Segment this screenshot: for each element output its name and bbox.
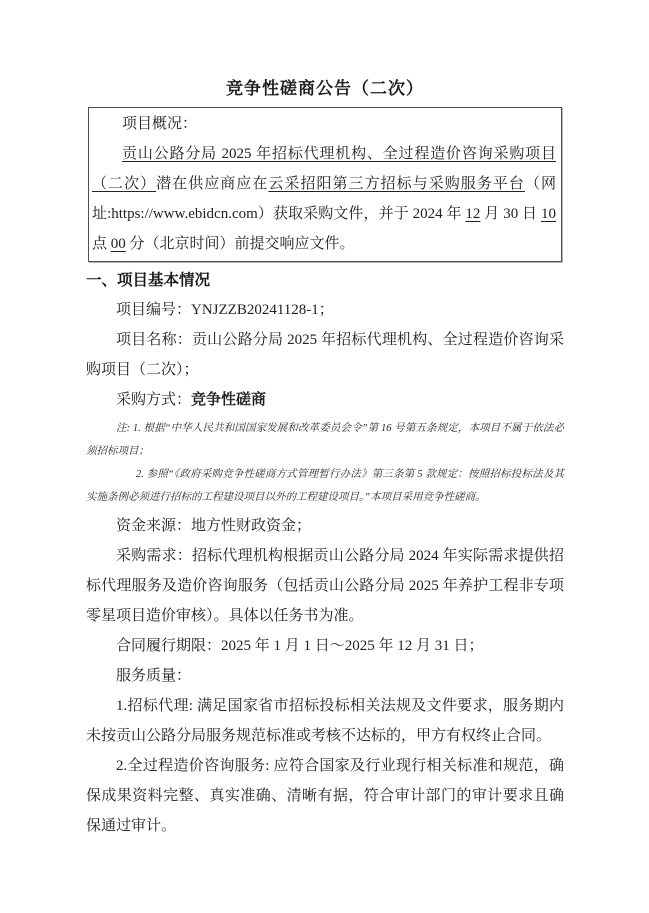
procurement-method-label: 采购方式：	[116, 392, 191, 408]
overview-text-1: 潜在供应商应在	[156, 176, 268, 192]
quality-item-1-paragraph: 1.招标代理: 满足国家省市招标投标相关法规及文件要求，服务期内未按贡山公路分局…	[86, 691, 564, 751]
legal-note-block: 注: 1. 根据“中华人民共和国国家发展和改革委员会令”第 16 号第五条规定，…	[86, 417, 564, 509]
project-overview-box: 项目概况： 贡山公路分局 2025 年招标代理机构、全过程造价咨询采购项目（二次…	[88, 107, 562, 262]
overview-paragraph: 贡山公路分局 2025 年招标代理机构、全过程造价咨询采购项目（二次）潜在供应商…	[92, 139, 556, 259]
project-name-paragraph: 项目名称：贡山公路分局 2025 年招标代理机构、全过程造价咨询采购项目（二次）…	[86, 325, 564, 385]
document-title: 竞争性磋商公告（二次）	[86, 78, 564, 100]
overview-hour-underlined: 10	[541, 206, 556, 222]
service-quality-heading-paragraph: 服务质量：	[86, 661, 564, 691]
overview-text-5: 分（北京时间）前提交响应文件。	[126, 236, 355, 252]
procurement-method-value: 竞争性磋商	[191, 392, 266, 408]
quality-item-2-paragraph: 2.全过程造价咨询服务: 应符合国家及行业现行相关标准和规范，确保成果资料完整、…	[86, 751, 564, 841]
document-page: 竞争性磋商公告（二次） 项目概况： 贡山公路分局 2025 年招标代理机构、全过…	[0, 0, 649, 913]
contract-period-paragraph: 合同履行期限：2025 年 1 月 1 日～2025 年 12 月 31 日；	[86, 631, 564, 661]
section1-heading: 一、项目基本情况	[86, 267, 564, 294]
overview-heading: 项目概况：	[92, 109, 556, 139]
overview-month-underlined: 12	[465, 206, 480, 222]
legal-note-line-1: 注: 1. 根据“中华人民共和国国家发展和改革委员会令”第 16 号第五条规定，…	[86, 417, 564, 463]
document-content: 竞争性磋商公告（二次） 项目概况： 贡山公路分局 2025 年招标代理机构、全过…	[86, 78, 564, 841]
overview-text-4: 点	[92, 236, 111, 252]
overview-platform-name-underlined: 云采招阳第三方招标与采购服务平台	[268, 176, 525, 192]
procurement-method-paragraph: 采购方式：竞争性磋商	[86, 385, 564, 415]
project-number-paragraph: 项目编号：YNJZZB20241128-1；	[86, 295, 564, 325]
funding-source-paragraph: 资金来源：地方性财政资金；	[86, 511, 564, 541]
overview-text-3: 月 30 日	[480, 206, 541, 222]
overview-minute-underlined: 00	[111, 236, 126, 252]
legal-note-line-2: 2. 参照“《政府采购竞争性磋商方式管理暂行办法》第三条第 5 款规定：按照招标…	[86, 463, 564, 509]
procurement-demand-paragraph: 采购需求：招标代理机构根据贡山公路分局 2024 年实际需求提供招标代理服务及造…	[86, 541, 564, 631]
